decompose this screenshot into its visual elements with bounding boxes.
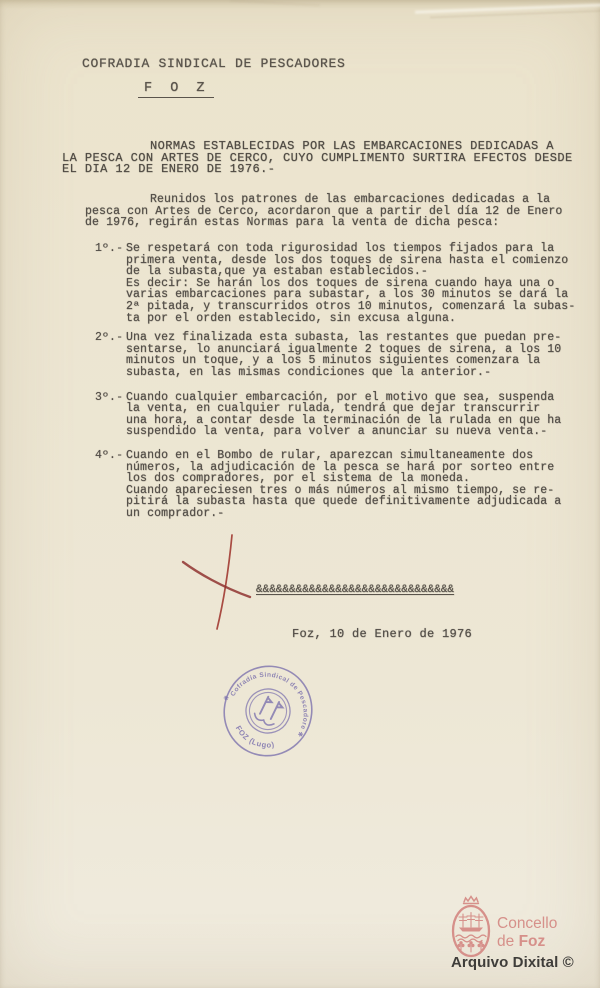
crest-crown xyxy=(464,897,478,903)
archive-credit: Arquivo Dixital © xyxy=(451,954,574,971)
rules-list: 1º.- Se respetará con toda rigurosidad l… xyxy=(95,243,580,519)
crest-ship xyxy=(459,913,483,932)
footer-logo-text-foz: Foz xyxy=(519,933,546,950)
stamp-bottom-text: FOZ (Lugo) xyxy=(230,722,278,756)
concello-de-foz-crest-icon xyxy=(449,894,493,960)
rule-number: 1º.- xyxy=(95,243,126,255)
rule-item-3: 3º.- Cuando cualquier embarcación, por e… xyxy=(95,392,580,438)
rule-number: 2º.- xyxy=(95,332,126,344)
footer-logo-text-de: de xyxy=(497,933,519,950)
rule-text: Se respetará con toda rigurosidad los ti… xyxy=(126,243,575,324)
stamp-center-emblem xyxy=(253,694,285,727)
paper-crease xyxy=(230,0,320,6)
stamp-inner-ring2 xyxy=(243,686,292,735)
rule-item-1: 1º.- Se respetará con toda rigurosidad l… xyxy=(95,243,580,324)
date-line: Foz, 10 de Enero de 1976 xyxy=(292,629,472,641)
rule-number: 4º.- xyxy=(95,450,126,462)
red-pen-cross-mark xyxy=(170,528,270,638)
crest-waves xyxy=(456,935,486,942)
rule-text: Cuando en el Bombo de rular, aparezcan s… xyxy=(126,450,561,520)
rule-number: 3º.- xyxy=(95,392,126,404)
rule-text: Una vez finalizada esta subasta, las res… xyxy=(126,332,561,378)
stamp-rosette-icon: ✱ xyxy=(296,729,305,740)
crest-trees xyxy=(458,941,485,952)
scanned-document-page: COFRADIA SINDICAL DE PESCADORES F O Z NO… xyxy=(0,0,600,988)
footer-logo-text-line2: de Foz xyxy=(497,933,545,950)
intro-paragraph: Reunidos los patrones de las embarcacion… xyxy=(85,194,585,229)
typed-separator-line: &&&&&&&&&&&&&&&&&&&&&&&&&&&&&& xyxy=(256,585,454,597)
rule-item-2: 2º.- Una vez finalizada esta subasta, la… xyxy=(95,332,580,378)
stamp-inner-ring xyxy=(239,682,298,741)
stamp-rosette-icon: ✱ xyxy=(221,693,230,704)
stamp-top-text-holder: Cofradía Sindical de Pescadores xyxy=(220,660,318,731)
stamp-top-text: Cofradía Sindical de Pescadores xyxy=(220,660,318,731)
organization-place: F O Z xyxy=(138,83,214,98)
stamp-bottom-text-holder: FOZ (Lugo) xyxy=(230,722,278,756)
cofradia-rubber-stamp: Cofradía Sindical de Pescadores FOZ (Lug… xyxy=(218,660,318,762)
document-title: NORMAS ESTABLECIDAS POR LAS EMBARCACIONE… xyxy=(62,141,578,176)
organization-name: COFRADIA SINDICAL DE PESCADORES xyxy=(82,58,346,70)
footer-logo-text-line1: Concello xyxy=(497,915,557,932)
rule-text: Cuando cualquier embarcación, por el mot… xyxy=(126,392,561,438)
rule-item-4: 4º.- Cuando en el Bombo de rular, aparez… xyxy=(95,450,580,520)
